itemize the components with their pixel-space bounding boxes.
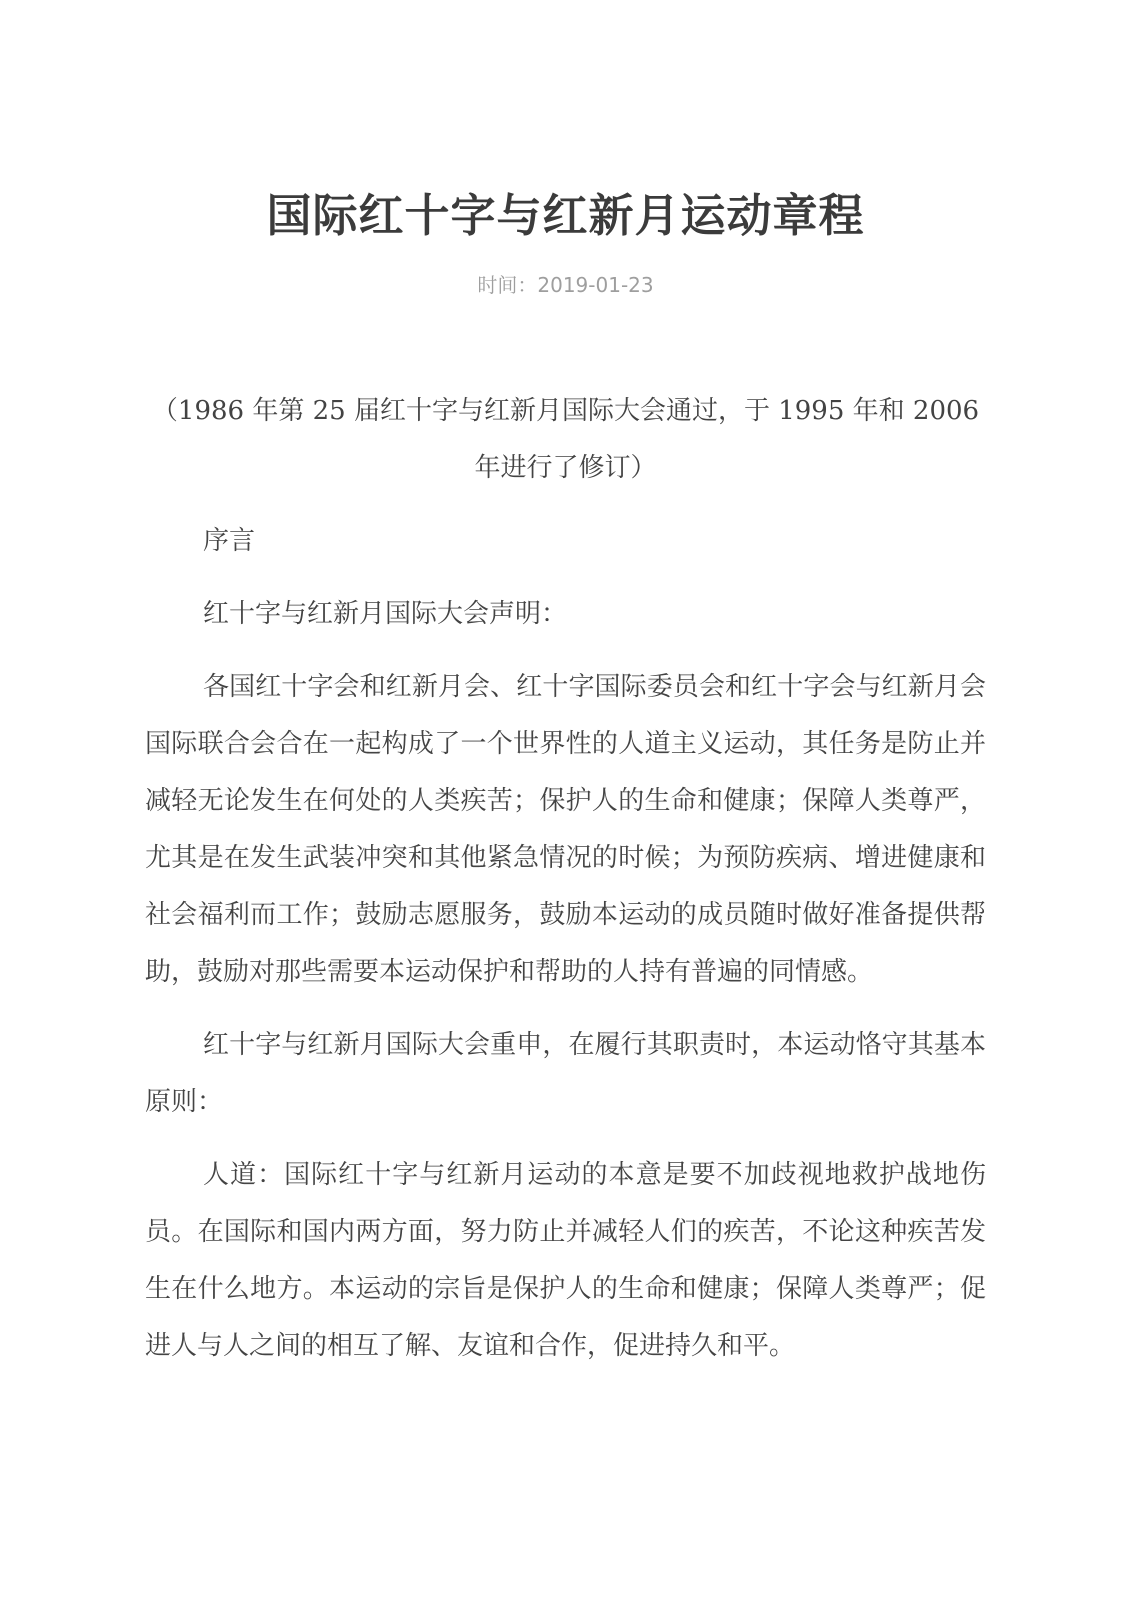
document-body: （1986 年第 25 届红十字与红新月国际大会通过，于 1995 年和 200… (145, 383, 986, 1375)
revision-note: （1986 年第 25 届红十字与红新月国际大会通过，于 1995 年和 200… (145, 383, 986, 497)
section-heading-preface: 序言 (145, 513, 986, 570)
paragraph-movement-description: 各国红十字会和红新月会、红十字国际委员会和红十字会与红新月会国际联合会合在一起构… (145, 659, 986, 1001)
publish-date: 时间：2019-01-23 (145, 271, 986, 299)
page-title: 国际红十字与红新月运动章程 (145, 189, 986, 243)
paragraph-principles-lead: 红十字与红新月国际大会重申，在履行其职责时，本运动恪守其基本原则： (145, 1017, 986, 1131)
paragraph-declaration-lead: 红十字与红新月国际大会声明： (145, 586, 986, 643)
document-page: 国际红十字与红新月运动章程 时间：2019-01-23 （1986 年第 25 … (145, 0, 986, 1375)
paragraph-principle-humanity: 人道：国际红十字与红新月运动的本意是要不加歧视地救护战地伤员。在国际和国内两方面… (145, 1147, 986, 1375)
